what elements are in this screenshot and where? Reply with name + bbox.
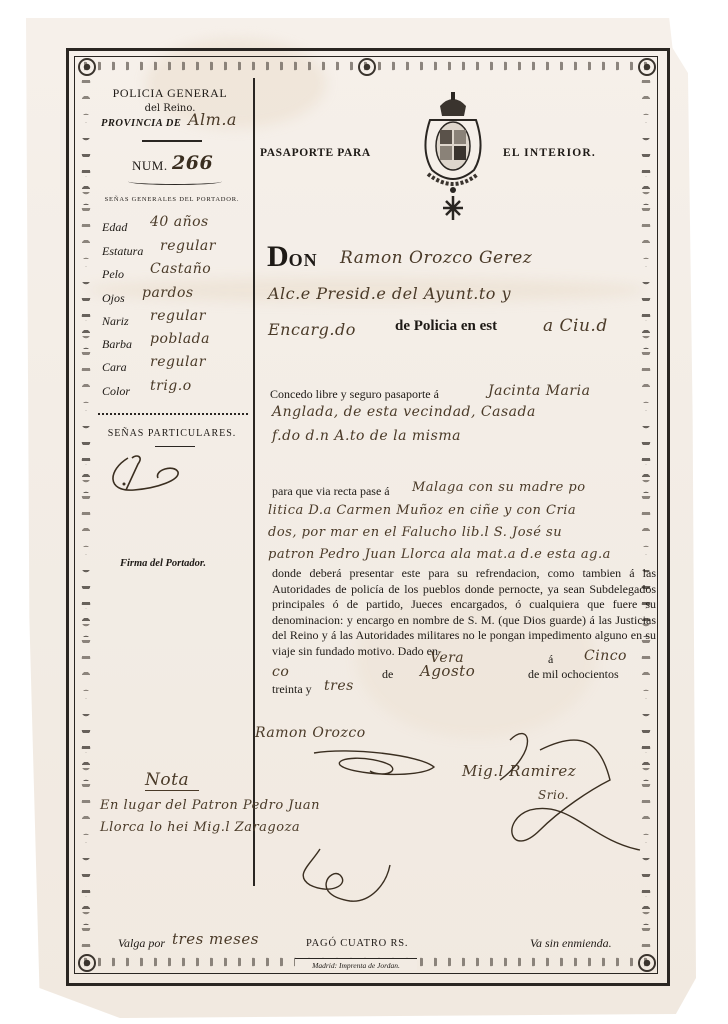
note-line: Llorca lo hei Mig.l Zaragoza [100, 820, 300, 835]
trait-row-age: Edad 40 años [102, 218, 252, 238]
corner-rosette-icon [78, 954, 96, 972]
trait-value: regular [150, 354, 206, 370]
secretary-flourish-icon [470, 720, 650, 870]
valga-label: Valga por [118, 936, 165, 951]
note-flourish-icon [290, 845, 400, 905]
column-divider [253, 78, 255, 886]
authority-title: POLICIA GENERAL [100, 86, 240, 101]
issuer-title-line: Alc.e Presid.e del Ayunt.to y [268, 284, 511, 303]
trait-row-nose: Nariz regular [102, 312, 252, 332]
dotted-separator [98, 413, 248, 415]
trait-value: 40 años [150, 214, 209, 230]
corner-rosette-icon [78, 58, 96, 76]
center-rosette-icon [358, 58, 376, 76]
trait-row-eyes: Ojos pardos [102, 289, 252, 309]
issuer-name: Ramon Orozco Gerez [340, 248, 532, 268]
passport-title-right: EL INTERIOR. [503, 147, 596, 159]
fee-text: PAGÓ CUATRO RS. [306, 938, 408, 949]
trait-row-beard: Barba poblada [102, 335, 252, 355]
given-day: Cinco [584, 648, 627, 664]
trait-label: Nariz [102, 314, 129, 329]
royal-crest-icon [410, 90, 496, 225]
trait-row-height: Estatura regular [102, 242, 252, 262]
beneficiary-line: f.do d.n A.to de la misma [272, 428, 461, 444]
number-label: NUM. [132, 158, 168, 174]
separator-rule [155, 446, 195, 447]
province-label: PROVINCIA DE [101, 118, 181, 129]
ornamental-border-left [78, 74, 94, 954]
given-year-prefix: de mil ochocientos [528, 667, 619, 682]
bearer-mark-icon [98, 450, 188, 500]
trait-label: Estatura [102, 244, 143, 259]
trait-label: Ojos [102, 291, 125, 306]
particular-features-heading: SEÑAS PARTICULARES. [98, 428, 246, 439]
note-heading: Nota [145, 770, 199, 791]
destination-line: Malaga con su madre po [412, 480, 586, 495]
don-label: DON [267, 240, 318, 274]
city-suffix: a Ciu.d [543, 316, 608, 336]
grant-text: Concedo libre y seguro pasaporte á [270, 387, 439, 402]
beneficiary-line: Anglada, de esta vecindad, Casada [272, 404, 536, 420]
don-rest: ON [289, 250, 318, 270]
trait-value: regular [160, 238, 216, 254]
separator-rule [142, 140, 202, 142]
passport-title-left: PASAPORTE PARA [260, 147, 371, 159]
trait-label: Cara [102, 360, 127, 375]
destination-line: litica D.a Carmen Muñoz en ciñe y con Cr… [268, 503, 576, 518]
given-treinta: treinta y [272, 682, 312, 697]
trait-value: pardos [142, 285, 194, 301]
province-value: Alm.a [188, 110, 237, 129]
trait-row-complexion: Color trig.o [102, 382, 252, 402]
given-a: á [548, 652, 553, 667]
policia-printed: de Policia en est [395, 318, 497, 334]
destination-line: patron Pedro Juan Llorca ala mat.a d.e e… [268, 547, 611, 562]
note-line: En lugar del Patron Pedro Juan [100, 798, 320, 813]
trait-value: Castaño [150, 261, 211, 277]
trait-row-hair: Pelo Castaño [102, 265, 252, 285]
number-value: 266 [172, 152, 213, 174]
trait-value: poblada [150, 331, 210, 347]
amendment-text: Va sin enmienda. [530, 936, 612, 951]
destination-line: dos, por mar en el Falucho lib.l S. José… [268, 525, 562, 540]
trait-label: Edad [102, 220, 127, 235]
trait-label: Pelo [102, 267, 124, 282]
bearer-signature-label: Firma del Portador. [120, 558, 206, 569]
valga-value: tres meses [172, 930, 259, 948]
given-de: de [382, 667, 393, 682]
don-initial: D [267, 240, 289, 273]
trait-label: Barba [102, 337, 132, 352]
given-year-word: tres [324, 678, 354, 694]
trait-label: Color [102, 384, 130, 399]
route-text: para que via recta pase á [272, 484, 390, 499]
general-features-heading: SEÑAS GENERALES DEL PORTADOR. [98, 196, 246, 203]
corner-rosette-icon [638, 58, 656, 76]
official-signature: Ramon Orozco [255, 725, 366, 741]
printer-imprint: Madrid: Imprenta de Jordan. [295, 958, 417, 970]
issuer-title-line3: Encarg.do [268, 320, 356, 339]
beneficiary-line: Jacinta Maria [488, 383, 590, 399]
trait-value: regular [150, 308, 206, 324]
given-month: Agosto [420, 662, 475, 680]
given-day-suffix: co [272, 664, 289, 680]
signature-flourish-icon [310, 745, 440, 781]
policia-text: de Policia en est [395, 318, 497, 335]
trait-value: trig.o [150, 378, 192, 394]
trait-row-face: Cara regular [102, 358, 252, 378]
corner-rosette-icon [638, 954, 656, 972]
flourish-rule [128, 178, 222, 185]
